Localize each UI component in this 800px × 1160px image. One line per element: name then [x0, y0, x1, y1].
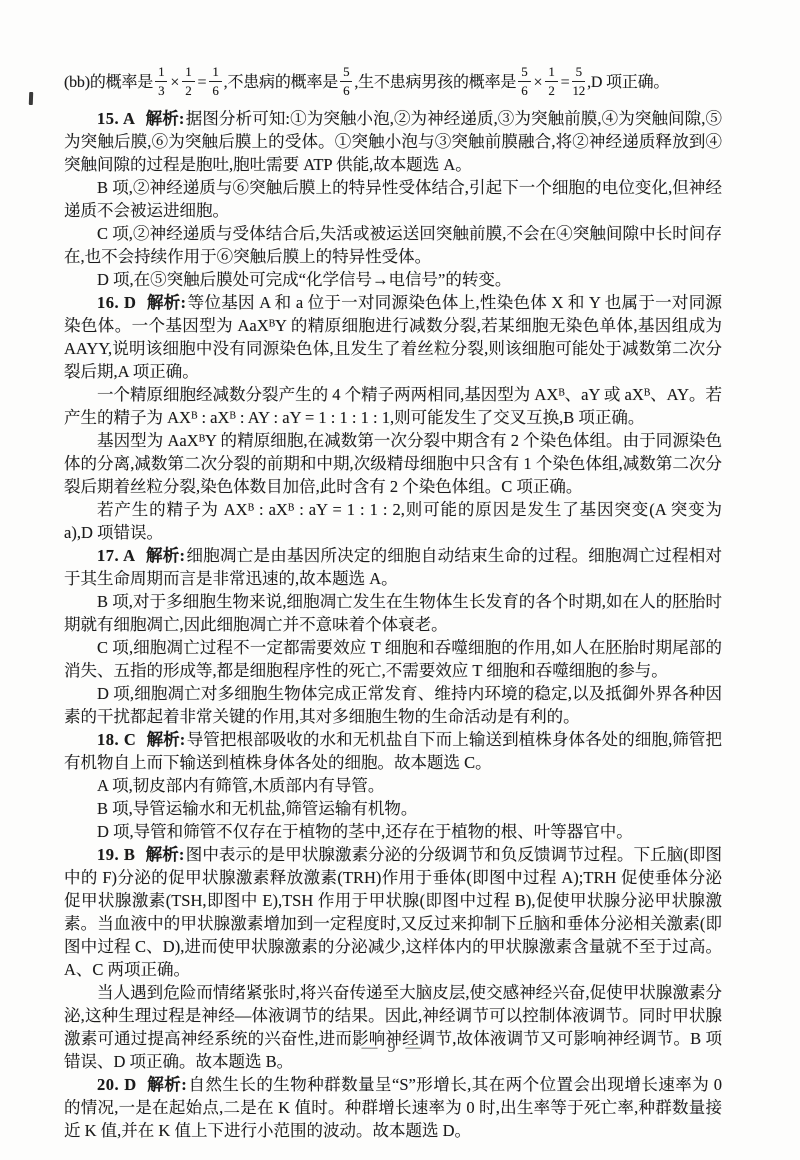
item-14-continuation-line: (bb)的概率是13×12=16,不患病的概率是56,生不患病男孩的概率是56×…: [64, 60, 722, 106]
answer-16-para-3: 基因型为 AaXᴮY 的精原细胞,在减数第一次分裂中期含有 2 个染色体组。由于…: [64, 429, 722, 498]
answer-15-option-d: D 项,在⑤突触后膜处可完成“化学信号→电信号”的转变。: [64, 268, 722, 291]
fraction-1-6: 16: [209, 65, 221, 97]
answer-16-analysis: 16. D解析:等位基因 A 和 a 位于一对同源染色体上,性染色体 X 和 Y…: [64, 291, 722, 383]
intro-prefix: (bb)的概率是: [64, 74, 153, 91]
answer-19-para-2: 当人遇到危险而情绪紧张时,将兴奋传递至大脑皮层,使交感神经兴奋,促使甲状腺激素分…: [64, 981, 722, 1073]
scan-artifact: [29, 92, 33, 105]
answer-18-analysis: 18. C解析:导管把根部吸收的水和无机盐自下而上输送到植株身体各处的细胞,筛管…: [64, 728, 722, 774]
answer-18-option-d: D 项,导管和筛管不仅存在于植物的茎中,还存在于植物的根、叶等器官中。: [64, 820, 722, 843]
answer-16-para-4: 若产生的精子为 AXᴮ : aXᴮ : aY = 1 : 1 : 2,则可能的原…: [64, 498, 722, 544]
times-sign: ×: [170, 74, 179, 91]
answer-15-option-c: C 项,②神经递质与受体结合后,失活或被运送回突触前膜,不会在④突触间隙中长时间…: [64, 222, 722, 268]
fraction-1-2: 12: [182, 65, 194, 97]
answer-18-option-a: A 项,韧皮部内有筛管,木质部内有导管。: [64, 774, 722, 797]
times-sign-2: ×: [534, 74, 543, 91]
fraction-1-3: 13: [155, 65, 167, 97]
answer-19-analysis: 19. B解析:图中表示的是甲状腺激素分泌的分级调节和负反馈调节过程。下丘脑(即…: [64, 843, 722, 981]
answer-17-option-d: D 项,细胞凋亡对多细胞生物体完成正常发育、维持内环境的稳定,以及抵御外界各种因…: [64, 682, 722, 728]
fraction-5-6-b: 56: [518, 65, 530, 97]
answer-key-content: (bb)的概率是13×12=16,不患病的概率是56,生不患病男孩的概率是56×…: [64, 60, 722, 1142]
answer-18-option-b: B 项,导管运输水和无机盐,筛管运输有机物。: [64, 797, 722, 820]
answer-20-analysis: 20. D解析:自然生长的生物种群数量呈“S”形增长,其在两个位置会出现增长速率…: [64, 1073, 722, 1142]
intro-suffix: ,D 项正确。: [587, 74, 669, 91]
answer-15-option-b: B 项,②神经递质与⑥突触后膜上的特异性受体结合,引起下一个细胞的电位变化,但神…: [64, 176, 722, 222]
answer-17-option-b: B 项,对于多细胞生物来说,细胞凋亡发生在生物体生长发育的各个时期,如在人的胚胎…: [64, 590, 722, 636]
equals-sign: =: [198, 74, 207, 91]
page-number: — 9 —: [64, 1038, 722, 1058]
fraction-5-6: 56: [340, 65, 352, 97]
answer-16-para-2: 一个精原细胞经减数分裂产生的 4 个精子两两相同,基因型为 AXᴮ、aY 或 a…: [64, 383, 722, 429]
equals-sign-2: =: [561, 74, 570, 91]
fraction-5-12: 512: [572, 65, 585, 97]
fraction-1-2-b: 12: [545, 65, 557, 97]
scanned-page: (bb)的概率是13×12=16,不患病的概率是56,生不患病男孩的概率是56×…: [0, 0, 800, 1160]
intro-mid-2: ,生不患病男孩的概率是: [354, 74, 516, 91]
answer-15-analysis: 15. A解析:据图分析可知:①为突触小泡,②为神经递质,③为突触前膜,④为突触…: [64, 107, 722, 176]
answer-17-analysis: 17. A解析:细胞凋亡是由基因所决定的细胞自动结束生命的过程。细胞凋亡过程相对…: [64, 544, 722, 590]
answer-17-option-c: C 项,细胞凋亡过程不一定都需要效应 T 细胞和吞噬细胞的作用,如人在胚胎时期尾…: [64, 636, 722, 682]
intro-mid-1: ,不患病的概率是: [224, 74, 338, 91]
